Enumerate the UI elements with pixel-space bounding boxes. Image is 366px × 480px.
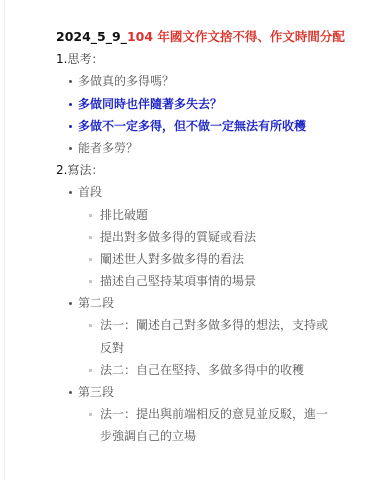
sub-list-item-text: 排比破題	[100, 208, 148, 222]
sub-list-item-text: 法一：闡述自己對多做多得的想法，支持或	[100, 318, 328, 332]
sub-list-item: 描述自己堅持某項事情的場景	[56, 270, 326, 292]
list-item-text: 多做不一定多得，但不做一定無法有所收穫	[78, 119, 306, 133]
section-number: 2.	[56, 163, 67, 177]
section-heading-thinking: 1.思考：	[56, 48, 326, 70]
bullet-dot-icon	[69, 191, 72, 194]
sub-list-item-text: 描述自己堅持某項事情的場景	[100, 274, 256, 288]
section-number: 1.	[56, 52, 67, 66]
list-item: 能者多勞？	[56, 137, 326, 159]
title-date-prefix: 2024_5_9_	[56, 29, 127, 44]
bullet-square-icon	[89, 280, 92, 283]
sub-list-item: 法二：自己在堅持、多做多得中的收穫	[56, 359, 326, 381]
title-subject: 104 年國文作文捨不得、作文時間分配	[127, 29, 345, 44]
list-item-text: 能者多勞？	[78, 141, 138, 155]
sub-list-item-text: 闡述世人對多做多得的看法	[100, 252, 244, 266]
list-item-text: 第三段	[78, 385, 114, 399]
bullet-square-icon	[89, 413, 92, 416]
list-item-text: 多做同時也伴隨著多失去？	[78, 97, 222, 111]
list-item-emphasized: 多做同時也伴隨著多失去？	[56, 93, 326, 115]
bullet-dot-icon	[69, 125, 72, 128]
list-item-second-paragraph: 第二段	[56, 292, 326, 314]
list-item-emphasized: 多做不一定多得，但不做一定無法有所收穫	[56, 115, 326, 137]
bullet-dot-icon	[69, 103, 72, 106]
bullet-square-icon	[89, 324, 92, 327]
list-item: 多做真的多得嗎？	[56, 70, 326, 92]
document-title: 2024_5_9_104 年國文作文捨不得、作文時間分配	[56, 26, 326, 48]
document-body: 2024_5_9_104 年國文作文捨不得、作文時間分配 1.思考： 多做真的多…	[56, 26, 326, 448]
sub-list-item-text: 法二：自己在堅持、多做多得中的收穫	[100, 363, 304, 377]
list-item-first-paragraph: 首段	[56, 181, 326, 203]
bullet-square-icon	[89, 369, 92, 372]
sub-list-item-text: 提出對多做多得的質疑或看法	[100, 230, 256, 244]
sub-list-item: 提出對多做多得的質疑或看法	[56, 226, 326, 248]
section-heading-text: 思考：	[67, 52, 103, 66]
sub-list-item-continuation: 步強調自己的立場	[56, 425, 326, 447]
sub-list-item-text: 步強調自己的立場	[100, 429, 196, 443]
sub-list-item: 法一：提出與前端相反的意見並反駁，進一	[56, 403, 326, 425]
page-edge-divider	[4, 0, 5, 480]
list-item-text: 首段	[78, 185, 102, 199]
bullet-square-icon	[89, 258, 92, 261]
bullet-dot-icon	[69, 391, 72, 394]
sub-list-item: 法一：闡述自己對多做多得的想法，支持或	[56, 314, 326, 336]
bullet-dot-icon	[69, 302, 72, 305]
bullet-square-icon	[89, 236, 92, 239]
list-item-third-paragraph: 第三段	[56, 381, 326, 403]
list-item-text: 第二段	[78, 296, 114, 310]
sub-list-item-text: 法一：提出與前端相反的意見並反駁，進一	[100, 407, 328, 421]
list-item-text: 多做真的多得嗎？	[78, 74, 174, 88]
bullet-dot-icon	[69, 147, 72, 150]
bullet-dot-icon	[69, 80, 72, 83]
section-heading-text: 寫法：	[67, 163, 103, 177]
sub-list-item-text: 反對	[100, 341, 124, 355]
sub-list-item: 排比破題	[56, 204, 326, 226]
bullet-square-icon	[89, 214, 92, 217]
section-heading-writing: 2.寫法：	[56, 159, 326, 181]
sub-list-item: 闡述世人對多做多得的看法	[56, 248, 326, 270]
sub-list-item-continuation: 反對	[56, 337, 326, 359]
